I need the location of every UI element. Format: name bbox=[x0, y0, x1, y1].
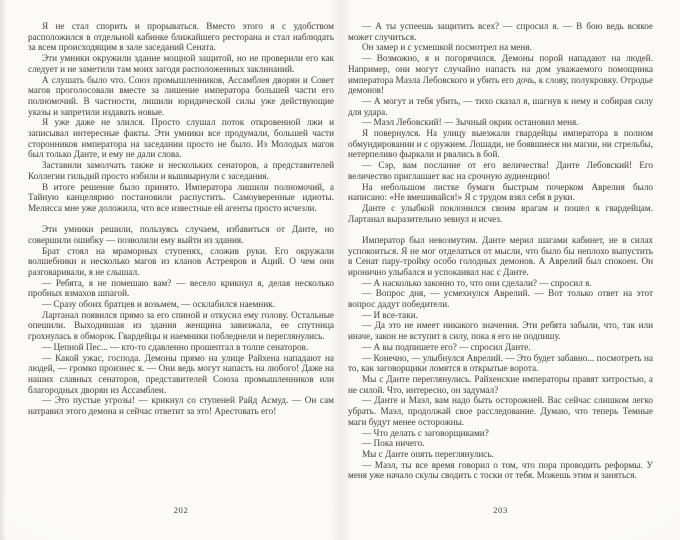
paragraph: На небольшом листке бумаги быстрым почер… bbox=[348, 182, 653, 203]
paragraph: — Цепной Пес... — кто-то сдавленно проше… bbox=[28, 342, 334, 353]
paragraph: Мы с Данте опять переглянулись. bbox=[348, 449, 653, 460]
paragraph: — Конечно, — улыбнулся Аврелий. — Это бу… bbox=[348, 353, 653, 374]
paragraph: — Данте и Маэл, вам надо быть осторожней… bbox=[348, 395, 653, 427]
paragraph: Брат стоял на мраморных ступенях, сложив… bbox=[28, 246, 334, 278]
paragraph: — Маэл, ты все время говорил о том, что … bbox=[348, 460, 653, 481]
page-right-text: — А ты успеешь защитить всех? — спросил … bbox=[348, 21, 653, 481]
paragraph: — Вопрос дня, — усмехнулся Аврелий. — Во… bbox=[348, 288, 653, 309]
paragraph: В итоге решение было принято. Императора… bbox=[28, 182, 334, 214]
paragraph: Я повернулся. На улицу выезжали гвардейц… bbox=[348, 128, 653, 160]
book-spread: Я не стал спорить и прорываться. Вместо … bbox=[0, 0, 680, 540]
paragraph: — Что делать с заговорщиками? bbox=[348, 428, 653, 439]
paragraph: Мы с Данте переглянулись. Райхенские имп… bbox=[348, 374, 653, 395]
paragraph: — Маэл Лебовский! — Зычный окрик останов… bbox=[348, 117, 653, 128]
paragraph: — А насколько законно то, что они сделал… bbox=[348, 278, 653, 289]
page-edge-shadow bbox=[0, 0, 7, 540]
page-right: — А ты успеешь защитить всех? — спросил … bbox=[348, 21, 653, 481]
page-number-right: 203 bbox=[348, 505, 653, 515]
paragraph: Заставили замолчать также и нескольких с… bbox=[28, 160, 334, 181]
paragraph: — Какой ужас, господа. Демоны прямо на у… bbox=[28, 353, 334, 396]
paragraph: — Возможно, я и погорячился. Демоны поро… bbox=[348, 53, 653, 96]
page-left-text: Я не стал спорить и прорываться. Вместо … bbox=[28, 21, 334, 417]
page-left: Я не стал спорить и прорываться. Вместо … bbox=[28, 21, 334, 417]
paragraph: Я уже даже не злился. Просто слушал пото… bbox=[28, 117, 334, 160]
paragraph: Я не стал спорить и прорываться. Вместо … bbox=[28, 21, 334, 53]
paragraph: Лартанал появился прямо за его спиной и … bbox=[28, 310, 334, 342]
paragraph: — А ты успеешь защитить всех? — спросил … bbox=[348, 21, 653, 42]
paragraph: — А могут и тебя убить, — тихо сказал я,… bbox=[348, 96, 653, 117]
paragraph: — И все-таки. bbox=[348, 310, 653, 321]
paragraph: Он замер и с усмешкой посмотрел на меня. bbox=[348, 42, 653, 53]
paragraph: Эти умники решили, пользуясь случаем, из… bbox=[28, 224, 334, 245]
paragraph: — Пока ничего. bbox=[348, 438, 653, 449]
paragraph: — Сэр, вам послание от его величества! Д… bbox=[348, 160, 653, 181]
paragraph: — Это пустые угрозы! — крикнул со ступен… bbox=[28, 395, 334, 416]
paragraph: Эти умники окружили здание мощной защито… bbox=[28, 53, 334, 74]
paragraph: А слушать было что. Союз промышленников,… bbox=[28, 75, 334, 118]
paragraph: Данте с улыбкой поклонился своим врагам … bbox=[348, 203, 653, 224]
paragraph: Император был невозмутим. Данте мерил ша… bbox=[348, 235, 653, 278]
paragraph: — А вы подпишете его? — спросил Данте. bbox=[348, 342, 653, 353]
paragraph: — Сразу обоих братцев и возьмем, — оскла… bbox=[28, 299, 334, 310]
paragraph: — Да это не имеет никакого значения. Эти… bbox=[348, 320, 653, 341]
paragraph: — Ребята, я не помешаю вам? — весело кри… bbox=[28, 278, 334, 299]
page-number-left: 202 bbox=[28, 505, 334, 515]
